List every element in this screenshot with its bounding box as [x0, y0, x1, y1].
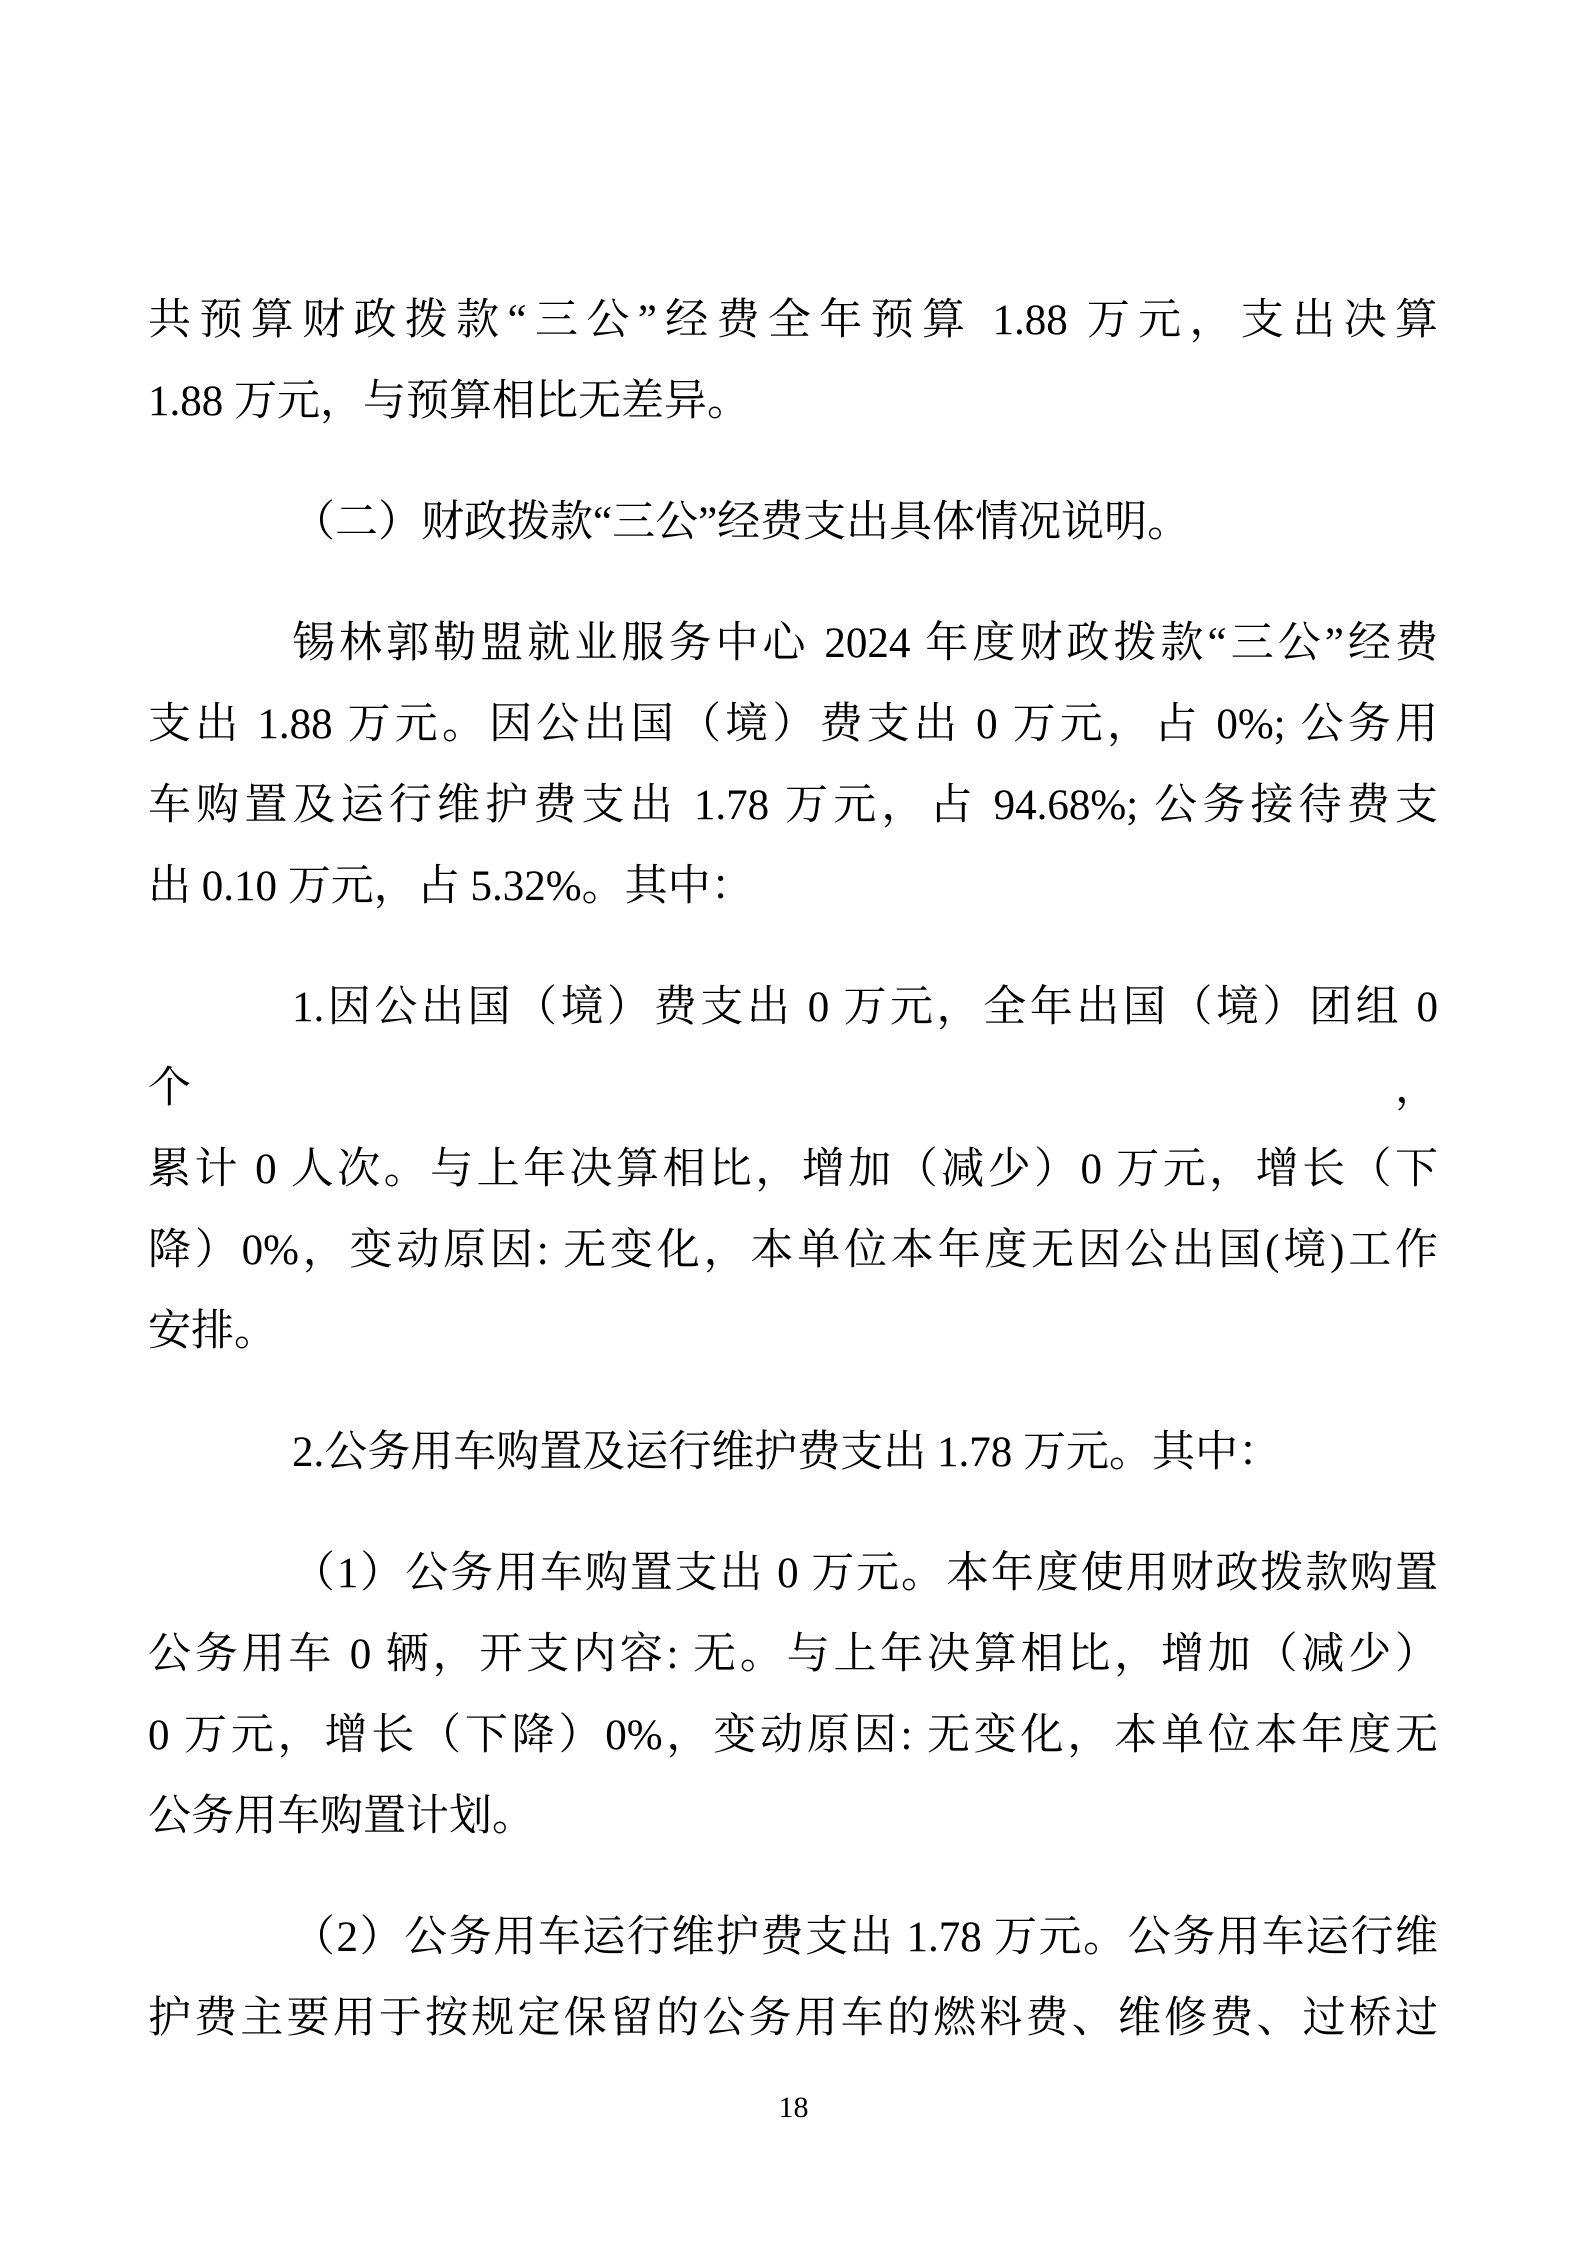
text-line: 护费主要用于按规定保留的公务用车的燃料费、维修费、过桥过	[148, 1978, 1438, 2059]
text-line: 支出 1.88 万元。因公出国（境）费支出 0 万元，占 0%; 公务用	[148, 684, 1438, 765]
paragraph-total-budget: 共预算财政拨款“三公”经费全年预算 1.88 万元，支出决算 1.88 万元，与…	[148, 280, 1438, 442]
text-line: 2.公务用车购置及运行维护费支出 1.78 万元。其中：	[148, 1412, 1438, 1493]
paragraph-vehicle-maintenance: （2）公务用车运行维护费支出 1.78 万元。公务用车运行维 护费主要用于按规定…	[148, 1897, 1438, 2059]
paragraph-expense-overview: 锡林郭勒盟就业服务中心 2024 年度财政拨款“三公”经费 支出 1.88 万元…	[148, 603, 1438, 927]
text-line: 0 万元，增长（下降）0%，变动原因: 无变化，本单位本年度无	[148, 1695, 1438, 1776]
text-line: 降）0%，变动原因: 无变化，本单位本年度无因公出国(境)工作	[148, 1210, 1438, 1291]
text-line: 1.88 万元，与预算相比无差异。	[148, 361, 1438, 442]
paragraph-vehicle-purchase: （1）公务用车购置支出 0 万元。本年度使用财政拨款购置 公务用车 0 辆，开支…	[148, 1533, 1438, 1857]
paragraph-vehicle-expense-intro: 2.公务用车购置及运行维护费支出 1.78 万元。其中：	[148, 1412, 1438, 1493]
text-line: 出 0.10 万元，占 5.32%。其中：	[148, 846, 1438, 927]
text-line: 1.因公出国（境）费支出 0 万元，全年出国（境）团组 0 个，	[148, 967, 1438, 1129]
document-page: 共预算财政拨款“三公”经费全年预算 1.88 万元，支出决算 1.88 万元，与…	[0, 0, 1587, 2245]
text-line: 安排。	[148, 1291, 1438, 1372]
text-line: （1）公务用车购置支出 0 万元。本年度使用财政拨款购置	[148, 1533, 1438, 1614]
text-line: （二）财政拨款“三公”经费支出具体情况说明。	[148, 482, 1438, 563]
text-line: 公务用车 0 辆，开支内容: 无。与上年决算相比，增加（减少）	[148, 1614, 1438, 1695]
section-heading-two: （二）财政拨款“三公”经费支出具体情况说明。	[148, 482, 1438, 563]
text-line: 锡林郭勒盟就业服务中心 2024 年度财政拨款“三公”经费	[148, 603, 1438, 684]
text-line: 车购置及运行维护费支出 1.78 万元，占 94.68%; 公务接待费支	[148, 765, 1438, 846]
paragraph-abroad-expense: 1.因公出国（境）费支出 0 万元，全年出国（境）团组 0 个， 累计 0 人次…	[148, 967, 1438, 1372]
text-line: 公务用车购置计划。	[148, 1776, 1438, 1857]
page-footer: 18	[0, 2086, 1587, 2130]
document-body: 共预算财政拨款“三公”经费全年预算 1.88 万元，支出决算 1.88 万元，与…	[148, 280, 1438, 2099]
text-line: 共预算财政拨款“三公”经费全年预算 1.88 万元，支出决算	[148, 280, 1438, 361]
text-line: （2）公务用车运行维护费支出 1.78 万元。公务用车运行维	[148, 1897, 1438, 1978]
text-line: 累计 0 人次。与上年决算相比，增加（减少）0 万元，增长（下	[148, 1129, 1438, 1210]
page-number: 18	[779, 2091, 809, 2124]
